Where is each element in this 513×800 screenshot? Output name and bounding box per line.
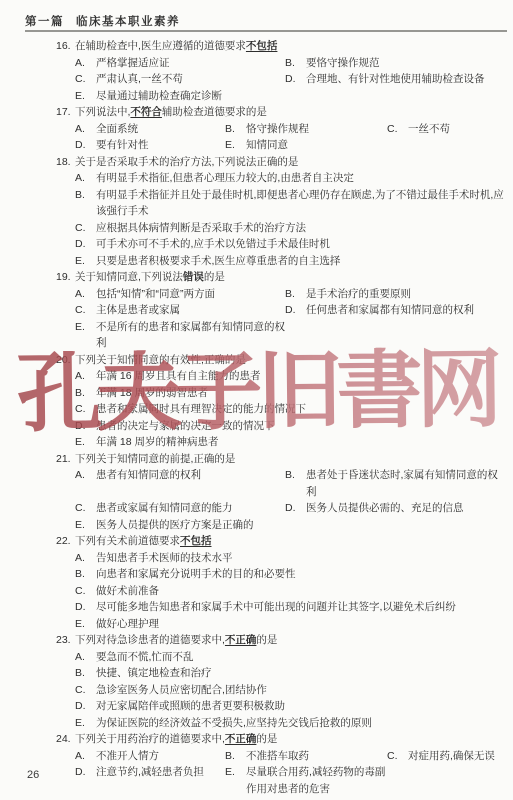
option-label: E. — [75, 616, 96, 633]
header-rule — [25, 30, 507, 32]
stem-segment: 关于知情同意,下列说法 — [75, 271, 183, 283]
option-label: C. — [75, 220, 96, 237]
option-text: 年满 18 周岁的弱智患者 — [96, 385, 507, 402]
stem-segment: 的是 — [256, 634, 277, 646]
stem-segment: 下列对待急诊患者的道德要求中, — [75, 634, 225, 646]
option-cell: D.合理地、有针对性地使用辅助检查设备 — [285, 71, 507, 88]
option-label: C. — [75, 583, 96, 600]
option-D: D.尽可能多地告知患者和家属手术中可能出现的问题并让其签字,以避免术后纠纷 — [75, 599, 507, 616]
option-cell: D.患者的决定与家属的决定一致的情况下 — [75, 418, 507, 435]
stem-text: 下列关于知情同意的有效性,正确的是 — [75, 352, 507, 369]
option-cell: A.患者有知情同意的权利 — [75, 467, 285, 500]
option-B: B.有明显手术指征并且处于最佳时机,即便患者心理仍存在顾虑,为了不错过最佳手术时… — [75, 187, 507, 220]
option-label: B. — [225, 121, 246, 138]
stem-segment: 关于是否采取手术的治疗方法,下列说法正确的是 — [75, 156, 298, 168]
stem-segment: 下列关于用药治疗的道德要求中, — [75, 733, 225, 745]
option-label: A. — [75, 286, 96, 303]
option-A: A.患者有知情同意的权利 — [75, 467, 285, 484]
option-cell: D.注意节约,减轻患者负担 — [75, 764, 225, 797]
option-C: C.严肃认真,一丝不苟 — [75, 71, 285, 88]
option-label: B. — [285, 286, 306, 303]
stem-emphasis: 不包括 — [180, 535, 212, 547]
option-B: B.向患者和家属充分说明手术的目的和必要性 — [75, 566, 507, 583]
option-label: D. — [285, 500, 306, 517]
option-A: A.要急而不慌,忙而不乱 — [75, 649, 507, 666]
option-text: 做好术前准备 — [96, 583, 507, 600]
question-number: 18. — [56, 154, 75, 171]
question-17: 17.下列说法中,不符合辅助检查道德要求的是A.全面系统B.恪守操作规程C.一丝… — [25, 104, 507, 154]
option-cell: C.做好术前准备 — [75, 583, 507, 600]
option-E: E.只要是患者积极要求手术,医生应尊重患者的自主选择 — [75, 253, 507, 270]
stem-text: 下列有关术前道德要求不包括 — [75, 533, 507, 550]
option-label: D. — [285, 71, 306, 88]
option-D: D.要有针对性 — [75, 137, 225, 154]
question-stem: 17.下列说法中,不符合辅助检查道德要求的是 — [25, 104, 507, 121]
question-stem: 21.下列关于知情同意的前提,正确的是 — [25, 451, 507, 468]
option-cell: D.任何患者和家属都有知情同意的权利 — [285, 302, 507, 319]
option-cell: E.医务人员提供的医疗方案是正确的 — [75, 517, 285, 534]
option-label: E. — [75, 715, 96, 732]
option-label: E. — [75, 319, 96, 352]
question-number: 21. — [56, 451, 75, 468]
option-row: A.年满 16 周岁且具有自主能力的患者 — [75, 368, 507, 385]
option-label: C. — [75, 500, 96, 517]
stem-segment: 下列关于知情同意的有效性,正确的是 — [75, 354, 246, 366]
option-text: 尽可能多地告知患者和家属手术中可能出现的问题并让其签字,以避免术后纠纷 — [96, 599, 507, 616]
questions-container: 16.在辅助检查中,医生应遵循的道德要求不包括A.严格掌握适应证B.要恪守操作规… — [25, 38, 507, 797]
option-B: B.要恪守操作规范 — [285, 55, 507, 72]
stem-segment: 下列关于知情同意的前提,正确的是 — [75, 453, 235, 465]
option-row: C.做好术前准备 — [75, 583, 507, 600]
question-24: 24.下列关于用药治疗的道德要求中,不正确的是A.不准开人情方B.不准搭车取药C… — [25, 731, 507, 797]
option-C: C.主体是患者或家属 — [75, 302, 285, 319]
option-text: 严格掌握适应证 — [96, 55, 285, 72]
option-row: A.不准开人情方B.不准搭车取药C.对症用药,确保无误 — [75, 748, 507, 765]
option-text: 合理地、有针对性地使用辅助检查设备 — [306, 71, 507, 88]
question-stem: 23.下列对待急诊患者的道德要求中,不正确的是 — [25, 632, 507, 649]
option-label: E. — [75, 253, 96, 270]
option-A: A.全面系统 — [75, 121, 225, 138]
option-text: 要急而不慌,忙而不乱 — [96, 649, 507, 666]
option-text: 向患者和家属充分说明手术的目的和必要性 — [96, 566, 507, 583]
option-text: 要恪守操作规范 — [306, 55, 507, 72]
option-row: C.急诊室医务人员应密切配合,团结协作 — [75, 682, 507, 699]
option-E: E.不是所有的患者和家属都有知情同意的权利 — [75, 319, 285, 352]
option-A: A.有明显手术指征,但患者心理压力较大的,由患者自主决定 — [75, 170, 507, 187]
option-cell: B.不准搭车取药 — [225, 748, 387, 765]
option-label: D. — [75, 418, 96, 435]
option-D: D.患者的决定与家属的决定一致的情况下 — [75, 418, 507, 435]
question-19: 19.关于知情同意,下列说法错误的是A.包括“知情”和“同意”两方面B.是手术治… — [25, 269, 507, 352]
stem-segment: 辅助检查道德要求的是 — [162, 106, 267, 118]
option-label: B. — [225, 748, 246, 765]
section-label: 第一篇 — [25, 16, 64, 28]
option-label: B. — [75, 385, 96, 402]
option-text: 知情同意 — [246, 137, 387, 154]
page-number: 26 — [27, 769, 39, 781]
option-cell: E.不是所有的患者和家属都有知情同意的权利 — [75, 319, 285, 352]
option-label: A. — [75, 368, 96, 385]
option-cell: C.一丝不苟 — [387, 121, 507, 138]
option-cell: B.年满 18 周岁的弱智患者 — [75, 385, 507, 402]
option-cell: B.快捷、镇定地检查和治疗 — [75, 665, 507, 682]
option-text: 注意节约,减轻患者负担 — [96, 764, 225, 781]
option-label: A. — [75, 748, 96, 765]
option-label: E. — [75, 434, 96, 451]
option-row: E.为保证医院的经济效益不受损失,应坚持先交钱后抢救的原则 — [75, 715, 507, 732]
question-20: 20.下列关于知情同意的有效性,正确的是A.年满 16 周岁且具有自主能力的患者… — [25, 352, 507, 451]
option-cell: B.患者处于昏迷状态时,家属有知情同意的权利 — [285, 467, 507, 500]
option-row: A.告知患者手术医师的技术水平 — [75, 550, 507, 567]
option-cell: D.尽可能多地告知患者和家属手术中可能出现的问题并让其签字,以避免术后纠纷 — [75, 599, 507, 616]
option-row: E.医务人员提供的医疗方案是正确的 — [75, 517, 507, 534]
option-label: E. — [225, 137, 246, 154]
stem-text: 下列说法中,不符合辅助检查道德要求的是 — [75, 104, 507, 121]
option-text: 年满 18 周岁的精神病患者 — [96, 434, 507, 451]
stem-text: 下列对待急诊患者的道德要求中,不正确的是 — [75, 632, 507, 649]
option-E: E.尽量通过辅助检查确定诊断 — [75, 88, 285, 105]
option-row: D.可手术亦可不手术的,应手术以免错过手术最佳时机 — [75, 236, 507, 253]
option-row: A.有明显手术指征,但患者心理压力较大的,由患者自主决定 — [75, 170, 507, 187]
option-B: B.快捷、镇定地检查和治疗 — [75, 665, 507, 682]
question-23: 23.下列对待急诊患者的道德要求中,不正确的是A.要急而不慌,忙而不乱B.快捷、… — [25, 632, 507, 731]
option-C: C.做好术前准备 — [75, 583, 507, 600]
option-cell: C.患者或家属有知情同意的能力 — [75, 500, 285, 517]
option-A: A.不准开人情方 — [75, 748, 225, 765]
option-text: 告知患者手术医师的技术水平 — [96, 550, 507, 567]
option-text: 患者有知情同意的权利 — [96, 467, 285, 484]
option-text: 尽量通过辅助检查确定诊断 — [96, 88, 285, 105]
option-cell: C.主体是患者或家属 — [75, 302, 285, 319]
option-row: E.年满 18 周岁的精神病患者 — [75, 434, 507, 451]
option-label: B. — [75, 187, 96, 220]
option-text: 患者处于昏迷状态时,家属有知情同意的权利 — [306, 467, 507, 500]
option-label: D. — [75, 764, 96, 781]
stem-emphasis: 不正确 — [225, 733, 257, 745]
option-B: B.恪守操作规程 — [225, 121, 387, 138]
stem-emphasis: 错误 — [183, 271, 204, 283]
stem-emphasis: 不正确 — [225, 634, 257, 646]
option-A: A.包括“知情”和“同意”两方面 — [75, 286, 285, 303]
option-C: C.患者和家属同时具有理智决定的能力的情况下 — [75, 401, 507, 418]
scanned-book-page: 第一篇临床基本职业素养 16.在辅助检查中,医生应遵循的道德要求不包括A.严格掌… — [0, 0, 513, 800]
option-row: D.尽可能多地告知患者和家属手术中可能出现的问题并让其签字,以避免术后纠纷 — [75, 599, 507, 616]
option-label: C. — [387, 748, 408, 765]
option-cell: A.包括“知情”和“同意”两方面 — [75, 286, 285, 303]
option-row: D.要有针对性E.知情同意 — [75, 137, 507, 154]
question-number: 24. — [56, 731, 75, 748]
option-row: A.全面系统B.恪守操作规程C.一丝不苟 — [75, 121, 507, 138]
option-label: E. — [225, 764, 246, 797]
option-cell: E.尽量通过辅助检查确定诊断 — [75, 88, 285, 105]
option-text: 对无家属陪伴或照顾的患者更要积极救助 — [96, 698, 507, 715]
option-text: 只要是患者积极要求手术,医生应尊重患者的自主选择 — [96, 253, 507, 270]
option-D: D.医务人员提供必需的、充足的信息 — [285, 500, 507, 517]
option-C: C.患者或家属有知情同意的能力 — [75, 500, 285, 517]
option-cell: A.全面系统 — [75, 121, 225, 138]
stem-segment: 下列有关术前道德要求 — [75, 535, 180, 547]
option-C: C.应根据具体病情判断是否采取手术的治疗方法 — [75, 220, 507, 237]
option-text: 要有针对性 — [96, 137, 225, 154]
option-text: 年满 16 周岁且具有自主能力的患者 — [96, 368, 507, 385]
option-label: B. — [285, 467, 306, 500]
option-label: D. — [285, 302, 306, 319]
stem-segment: 在辅助检查中,医生应遵循的道德要求 — [75, 40, 246, 52]
option-text: 为保证医院的经济效益不受损失,应坚持先交钱后抢救的原则 — [96, 715, 507, 732]
option-E: E.医务人员提供的医疗方案是正确的 — [75, 517, 285, 534]
option-B: B.年满 18 周岁的弱智患者 — [75, 385, 507, 402]
option-cell: E.为保证医院的经济效益不受损失,应坚持先交钱后抢救的原则 — [75, 715, 507, 732]
question-stem: 19.关于知情同意,下列说法错误的是 — [25, 269, 507, 286]
question-stem: 18.关于是否采取手术的治疗方法,下列说法正确的是 — [25, 154, 507, 171]
question-number: 23. — [56, 632, 75, 649]
option-row: B.向患者和家属充分说明手术的目的和必要性 — [75, 566, 507, 583]
option-E: E.知情同意 — [225, 137, 387, 154]
option-A: A.严格掌握适应证 — [75, 55, 285, 72]
option-label: B. — [75, 665, 96, 682]
option-text: 尽量联合用药,减轻药物的毒副作用对患者的危害 — [246, 764, 387, 797]
option-text: 是手术治疗的重要原则 — [306, 286, 507, 303]
option-row: B.有明显手术指征并且处于最佳时机,即便患者心理仍存在顾虑,为了不错过最佳手术时… — [75, 187, 507, 220]
question-stem: 16.在辅助检查中,医生应遵循的道德要求不包括 — [25, 38, 507, 55]
option-A: A.告知患者手术医师的技术水平 — [75, 550, 507, 567]
option-cell: B.是手术治疗的重要原则 — [285, 286, 507, 303]
option-text: 有明显手术指征并且处于最佳时机,即便患者心理仍存在顾虑,为了不错过最佳手术时机,… — [96, 187, 507, 220]
stem-emphasis: 不符合 — [130, 106, 162, 118]
option-D: D.任何患者和家属都有知情同意的权利 — [285, 302, 507, 319]
option-text: 严肃认真,一丝不苟 — [96, 71, 285, 88]
option-label: A. — [75, 550, 96, 567]
option-D: D.合理地、有针对性地使用辅助检查设备 — [285, 71, 507, 88]
option-cell: B.恪守操作规程 — [225, 121, 387, 138]
stem-text: 关于知情同意,下列说法错误的是 — [75, 269, 507, 286]
option-label: A. — [75, 467, 96, 484]
stem-text: 下列关于知情同意的前提,正确的是 — [75, 451, 507, 468]
option-row: B.快捷、镇定地检查和治疗 — [75, 665, 507, 682]
question-stem: 20.下列关于知情同意的有效性,正确的是 — [25, 352, 507, 369]
option-row: E.尽量通过辅助检查确定诊断 — [75, 88, 507, 105]
question-number: 22. — [56, 533, 75, 550]
question-16: 16.在辅助检查中,医生应遵循的道德要求不包括A.严格掌握适应证B.要恪守操作规… — [25, 38, 507, 104]
option-label: E. — [75, 88, 96, 105]
option-text: 不准开人情方 — [96, 748, 225, 765]
option-C: C.一丝不苟 — [387, 121, 507, 138]
option-cell: A.不准开人情方 — [75, 748, 225, 765]
option-text: 医务人员提供的医疗方案是正确的 — [96, 517, 285, 534]
option-text: 医务人员提供必需的、充足的信息 — [306, 500, 507, 517]
option-label: D. — [75, 698, 96, 715]
option-row: E.只要是患者积极要求手术,医生应尊重患者的自主选择 — [75, 253, 507, 270]
option-text: 患者和家属同时具有理智决定的能力的情况下 — [96, 401, 507, 418]
option-row: C.患者或家属有知情同意的能力D.医务人员提供必需的、充足的信息 — [75, 500, 507, 517]
question-number: 17. — [56, 104, 75, 121]
option-label: A. — [75, 170, 96, 187]
option-text: 一丝不苟 — [408, 121, 507, 138]
option-cell: C.应根据具体病情判断是否采取手术的治疗方法 — [75, 220, 507, 237]
option-text: 任何患者和家属都有知情同意的权利 — [306, 302, 507, 319]
stem-segment: 的是 — [204, 271, 225, 283]
option-cell: E.知情同意 — [225, 137, 387, 154]
question-number: 19. — [56, 269, 75, 286]
stem-text: 在辅助检查中,医生应遵循的道德要求不包括 — [75, 38, 507, 55]
question-22: 22.下列有关术前道德要求不包括A.告知患者手术医师的技术水平B.向患者和家属充… — [25, 533, 507, 632]
option-B: B.患者处于昏迷状态时,家属有知情同意的权利 — [285, 467, 507, 500]
option-D: D.可手术亦可不手术的,应手术以免错过手术最佳时机 — [75, 236, 507, 253]
option-label: D. — [75, 137, 96, 154]
option-row: C.主体是患者或家属D.任何患者和家属都有知情同意的权利 — [75, 302, 507, 319]
option-cell: A.告知患者手术医师的技术水平 — [75, 550, 507, 567]
option-text: 患者的决定与家属的决定一致的情况下 — [96, 418, 507, 435]
option-text: 快捷、镇定地检查和治疗 — [96, 665, 507, 682]
option-cell: E.年满 18 周岁的精神病患者 — [75, 434, 507, 451]
option-label: C. — [75, 71, 96, 88]
stem-text: 下列关于用药治疗的道德要求中,不正确的是 — [75, 731, 507, 748]
option-cell: B.向患者和家属充分说明手术的目的和必要性 — [75, 566, 507, 583]
option-text: 主体是患者或家属 — [96, 302, 285, 319]
option-row: A.要急而不慌,忙而不乱 — [75, 649, 507, 666]
option-cell: D.可手术亦可不手术的,应手术以免错过手术最佳时机 — [75, 236, 507, 253]
option-D: D.对无家属陪伴或照顾的患者更要积极救助 — [75, 698, 507, 715]
option-text: 可手术亦可不手术的,应手术以免错过手术最佳时机 — [96, 236, 507, 253]
option-row: E.不是所有的患者和家属都有知情同意的权利 — [75, 319, 507, 352]
option-row: C.严肃认真,一丝不苟D.合理地、有针对性地使用辅助检查设备 — [75, 71, 507, 88]
stem-emphasis: 不包括 — [246, 40, 278, 52]
option-label: E. — [75, 517, 96, 534]
option-text: 全面系统 — [96, 121, 225, 138]
option-row: A.包括“知情”和“同意”两方面B.是手术治疗的重要原则 — [75, 286, 507, 303]
option-cell: E.只要是患者积极要求手术,医生应尊重患者的自主选择 — [75, 253, 507, 270]
chapter-title: 临床基本职业素养 — [76, 16, 180, 28]
option-text: 患者或家属有知情同意的能力 — [96, 500, 285, 517]
option-cell: E.尽量联合用药,减轻药物的毒副作用对患者的危害 — [225, 764, 387, 797]
option-C: C.急诊室医务人员应密切配合,团结协作 — [75, 682, 507, 699]
option-C: C.对症用药,确保无误 — [387, 748, 507, 765]
option-row: D.对无家属陪伴或照顾的患者更要积极救助 — [75, 698, 507, 715]
option-label: A. — [75, 55, 96, 72]
stem-segment: 的是 — [256, 733, 277, 745]
option-B: B.不准搭车取药 — [225, 748, 387, 765]
question-18: 18.关于是否采取手术的治疗方法,下列说法正确的是A.有明显手术指征,但患者心理… — [25, 154, 507, 270]
option-row: B.年满 18 周岁的弱智患者 — [75, 385, 507, 402]
option-cell: D.要有针对性 — [75, 137, 225, 154]
option-row: D.注意节约,减轻患者负担E.尽量联合用药,减轻药物的毒副作用对患者的危害 — [75, 764, 507, 797]
question-number: 20. — [56, 352, 75, 369]
option-text: 做好心理护理 — [96, 616, 507, 633]
option-label: A. — [75, 649, 96, 666]
option-cell: A.年满 16 周岁且具有自主能力的患者 — [75, 368, 507, 385]
option-text: 应根据具体病情判断是否采取手术的治疗方法 — [96, 220, 507, 237]
option-cell: D.对无家属陪伴或照顾的患者更要积极救助 — [75, 698, 507, 715]
question-21: 21.下列关于知情同意的前提,正确的是A.患者有知情同意的权利B.患者处于昏迷状… — [25, 451, 507, 534]
option-label: C. — [75, 401, 96, 418]
option-cell: B.要恪守操作规范 — [285, 55, 507, 72]
option-row: E.做好心理护理 — [75, 616, 507, 633]
option-text: 包括“知情”和“同意”两方面 — [96, 286, 285, 303]
option-E: E.为保证医院的经济效益不受损失,应坚持先交钱后抢救的原则 — [75, 715, 507, 732]
option-text: 恪守操作规程 — [246, 121, 387, 138]
option-cell: C.急诊室医务人员应密切配合,团结协作 — [75, 682, 507, 699]
option-text: 急诊室医务人员应密切配合,团结协作 — [96, 682, 507, 699]
option-label: D. — [75, 236, 96, 253]
page-header: 第一篇临床基本职业素养 — [25, 13, 505, 29]
option-D: D.注意节约,减轻患者负担 — [75, 764, 225, 781]
option-cell: E.做好心理护理 — [75, 616, 507, 633]
option-text: 不是所有的患者和家属都有知情同意的权利 — [96, 319, 285, 352]
option-text: 对症用药,确保无误 — [408, 748, 507, 765]
option-row: D.患者的决定与家属的决定一致的情况下 — [75, 418, 507, 435]
option-row: C.应根据具体病情判断是否采取手术的治疗方法 — [75, 220, 507, 237]
question-stem: 22.下列有关术前道德要求不包括 — [25, 533, 507, 550]
option-label: B. — [75, 566, 96, 583]
option-E: E.尽量联合用药,减轻药物的毒副作用对患者的危害 — [225, 764, 387, 797]
option-cell: A.要急而不慌,忙而不乱 — [75, 649, 507, 666]
option-E: E.做好心理护理 — [75, 616, 507, 633]
option-label: C. — [75, 302, 96, 319]
option-label: C. — [387, 121, 408, 138]
option-text: 不准搭车取药 — [246, 748, 387, 765]
option-label: C. — [75, 682, 96, 699]
option-cell: D.医务人员提供必需的、充足的信息 — [285, 500, 507, 517]
option-text: 有明显手术指征,但患者心理压力较大的,由患者自主决定 — [96, 170, 507, 187]
question-number: 16. — [56, 38, 75, 55]
option-label: D. — [75, 599, 96, 616]
option-cell: A.有明显手术指征,但患者心理压力较大的,由患者自主决定 — [75, 170, 507, 187]
question-stem: 24.下列关于用药治疗的道德要求中,不正确的是 — [25, 731, 507, 748]
stem-text: 关于是否采取手术的治疗方法,下列说法正确的是 — [75, 154, 507, 171]
option-label: A. — [75, 121, 96, 138]
option-cell: A.严格掌握适应证 — [75, 55, 285, 72]
option-cell: B.有明显手术指征并且处于最佳时机,即便患者心理仍存在顾虑,为了不错过最佳手术时… — [75, 187, 507, 220]
option-cell: C.严肃认真,一丝不苟 — [75, 71, 285, 88]
option-label: B. — [285, 55, 306, 72]
stem-segment: 下列说法中, — [75, 106, 130, 118]
option-row: A.患者有知情同意的权利B.患者处于昏迷状态时,家属有知情同意的权利 — [75, 467, 507, 500]
option-B: B.是手术治疗的重要原则 — [285, 286, 507, 303]
option-cell: C.患者和家属同时具有理智决定的能力的情况下 — [75, 401, 507, 418]
option-E: E.年满 18 周岁的精神病患者 — [75, 434, 507, 451]
option-row: C.患者和家属同时具有理智决定的能力的情况下 — [75, 401, 507, 418]
option-cell: C.对症用药,确保无误 — [387, 748, 507, 765]
option-row: A.严格掌握适应证B.要恪守操作规范 — [75, 55, 507, 72]
option-A: A.年满 16 周岁且具有自主能力的患者 — [75, 368, 507, 385]
